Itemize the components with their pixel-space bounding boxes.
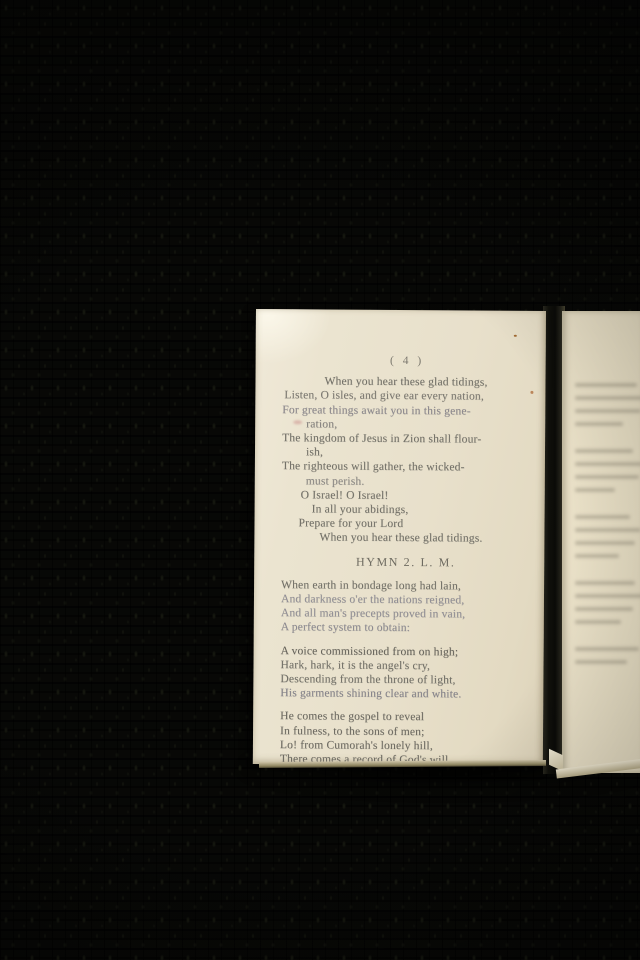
photo-open-hymnbook: ( 4 ) When you hear these glad tidings,L… — [0, 0, 640, 960]
photo-vignette — [0, 0, 640, 960]
